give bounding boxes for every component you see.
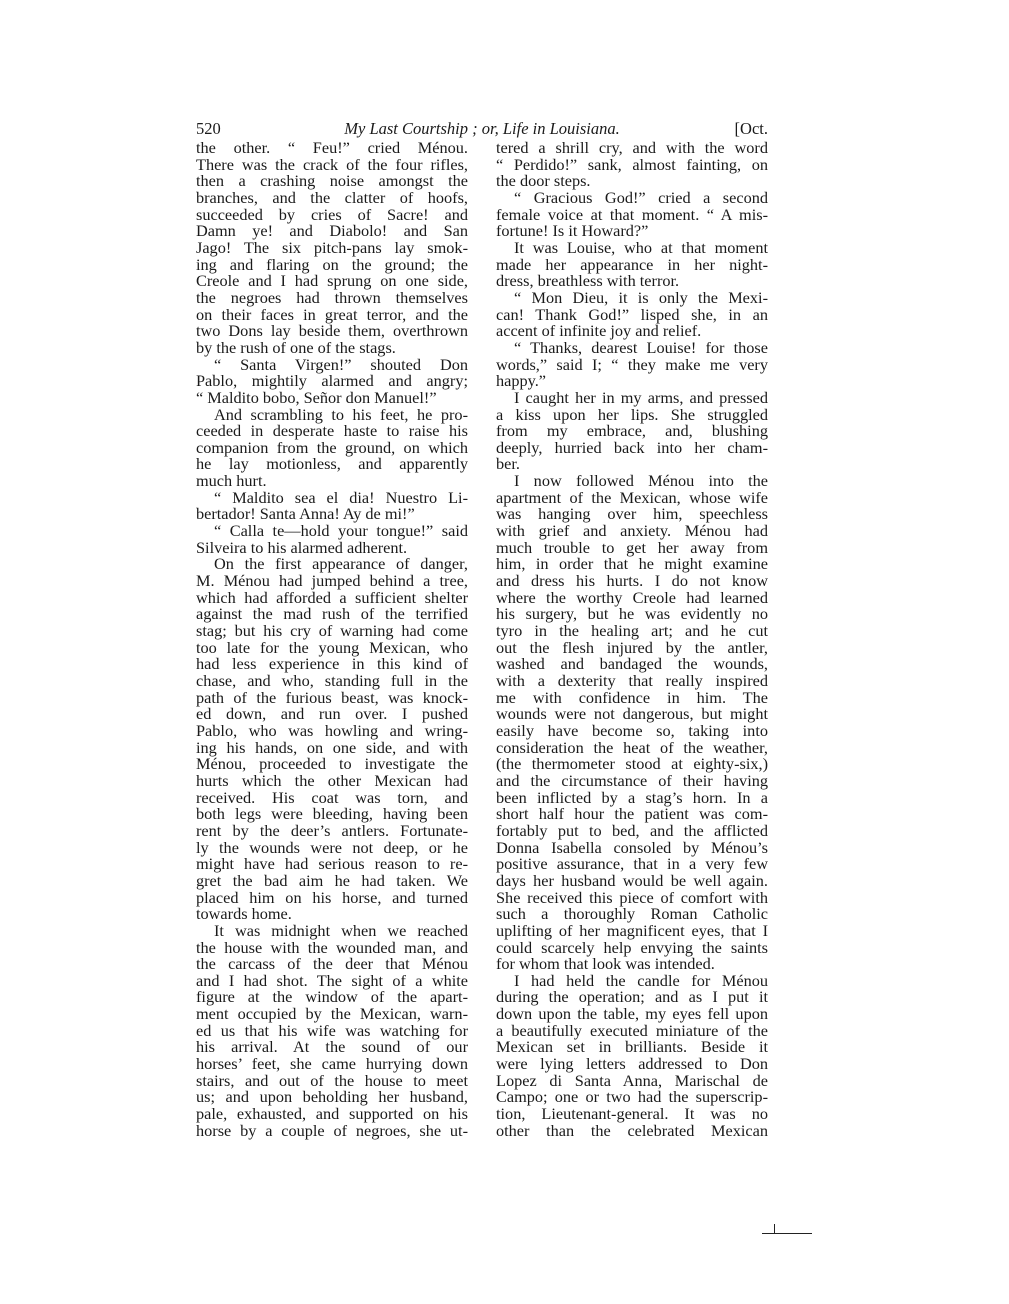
scan-artifact-line — [762, 1233, 812, 1234]
running-title: My Last Courtship ; or, Life in Louisian… — [196, 118, 768, 140]
text-line: horse by a couple of negroes, she ut- — [196, 1123, 468, 1140]
text-line: “ Maldito bobo, Señor don Manuel!” — [196, 390, 468, 407]
text-line: uplifting of her magnificent eyes, that … — [496, 923, 768, 940]
scanned-page: 520 My Last Courtship ; or, Life in Loui… — [0, 0, 1009, 1304]
right-column: tered a shrill cry, and with the word“ P… — [496, 140, 768, 1139]
text-line: other than the celebrated Mexican — [496, 1123, 768, 1140]
running-header: 520 My Last Courtship ; or, Life in Loui… — [196, 118, 768, 140]
text-line: I caught her in my arms, and pressed — [496, 390, 768, 407]
scan-artifact-tick — [774, 1224, 775, 1234]
left-column: the other. “ Feu!” cried Ménou.There was… — [196, 140, 468, 1139]
text-line: It was midnight when we reached — [196, 923, 468, 940]
issue-month: [Oct. — [735, 118, 768, 140]
text-line: deeply, hurried back into her cham- — [496, 440, 768, 457]
